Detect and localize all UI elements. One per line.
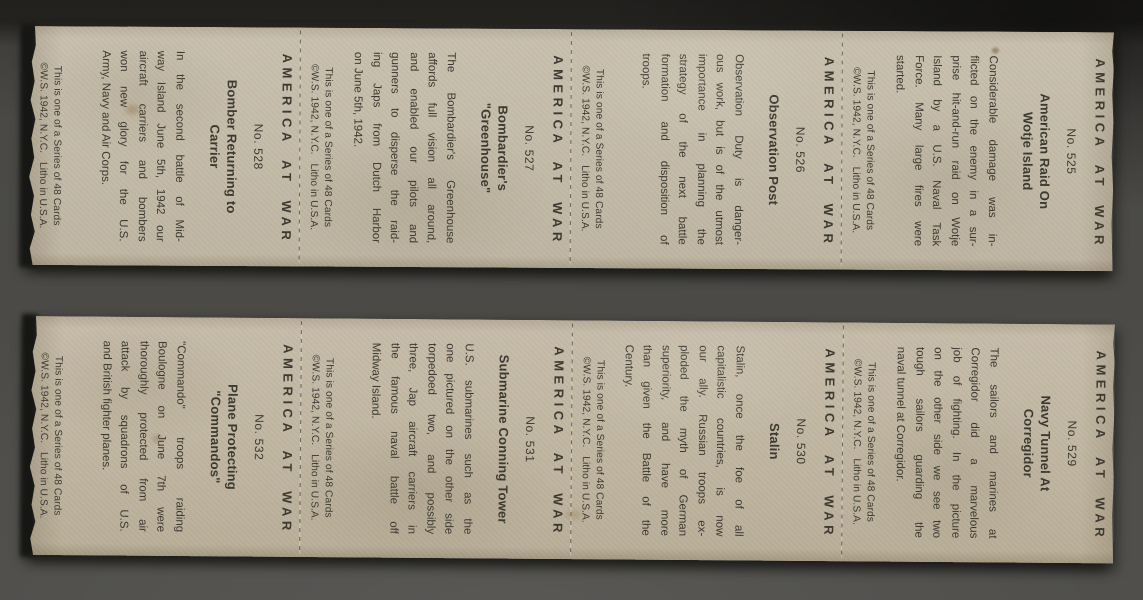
- card-strip-bottom-paper: AMERICA AT WAR No. 532 Plane Protecting"…: [29, 316, 1115, 564]
- card-number: No. 529: [1065, 324, 1079, 563]
- card-number: No. 531: [523, 320, 537, 559]
- series-note: This is one of a Series of 48 Cards: [862, 31, 877, 270]
- series-title: AMERICA AT WAR: [280, 31, 301, 266]
- card-body-text: "Commando" troops raidingBoulogne on Jun…: [96, 341, 190, 533]
- card-body-line: one pictured on the other side: [439, 343, 459, 534]
- card-rotated-content: AMERICA AT WAR No. 525 American Raid OnW…: [842, 31, 1114, 272]
- card-number: No. 528: [252, 27, 265, 266]
- card-body-line: Boulogne on June 7th were: [151, 341, 171, 532]
- series-note: This is one of a Series of 48 Cards: [49, 26, 64, 265]
- card-back-face: AMERICA AT WAR No. 529 Navy Tunnel AtCor…: [842, 322, 1115, 563]
- card-title-line: Observation Post: [765, 30, 783, 269]
- card-back-face: AMERICA AT WAR No. 532 Plane Protecting"…: [29, 316, 302, 557]
- card-title: Bomber Returning toCarrier: [206, 27, 241, 266]
- card-title-line: Plane Protecting: [223, 318, 242, 557]
- card-title: Observation Post: [765, 30, 783, 269]
- card-body-line: U.S. submarines such as the: [458, 343, 478, 534]
- card-body-line: attack by squadrons of U.S.: [114, 341, 134, 532]
- card-body-line: and British fighter planes.: [96, 341, 116, 532]
- card-title-line: Stalin: [765, 322, 784, 561]
- card-body-line: Considerable damage was in-: [982, 55, 1002, 246]
- card-number: No. 527: [523, 29, 536, 268]
- card-body-text: Considerable damage was in-flicted on th…: [890, 55, 1002, 247]
- card-body-line: In the second battle of Mid-: [169, 51, 189, 242]
- card-526: AMERICA AT WAR No. 526 Observation Post …: [571, 29, 843, 270]
- card-body-line: troops.: [636, 53, 656, 244]
- card-body-line: affords full vision all around,: [422, 52, 442, 243]
- card-body-line: strategy of the next battle: [673, 54, 693, 245]
- card-body-line: on the other side we see two: [927, 347, 947, 538]
- series-title: AMERICA AT WAR: [551, 33, 572, 268]
- card-body-line: Army, Navy and Air Corps.: [95, 50, 115, 241]
- card-title-line: Bombardier's: [494, 29, 512, 268]
- card-number: No. 526: [794, 30, 807, 269]
- card-title-line: Corregidor: [1019, 324, 1038, 563]
- card-footer: This is one of a Series of 48 Cards ©W.S…: [35, 26, 64, 265]
- card-body-line: superiority, and have more: [655, 345, 675, 536]
- card-body-line: Force. Many large fires were: [908, 55, 928, 246]
- copyright-line: ©W.S. 1942, N.Y.C. Litho in U.S.A.: [577, 320, 593, 559]
- card-footer: This is one of a Series of 48 Cards ©W.S…: [577, 320, 607, 559]
- card-body-line: naval tunnel at Corregidor.: [890, 347, 910, 538]
- copyright-line: ©W.S. 1942, N.Y.C. Litho in U.S.A.: [35, 26, 50, 265]
- card-footer: This is one of a Series of 48 Cards ©W.S…: [577, 29, 606, 268]
- card-title-line: Bomber Returning to: [223, 27, 241, 266]
- card-back-face: AMERICA AT WAR No. 526 Observation Post …: [571, 29, 843, 270]
- card-body-line: Observation Duty is danger-: [728, 54, 748, 245]
- card-footer: This is one of a Series of 48 Cards ©W.S…: [306, 318, 336, 557]
- card-body-line: Stalin, once the foe of all: [729, 345, 749, 536]
- card-title: Stalin: [765, 322, 784, 561]
- card-rotated-content: AMERICA AT WAR No. 532 Plane Protecting"…: [29, 316, 302, 557]
- copyright-line: ©W.S. 1942, N.Y.C. Litho in U.S.A.: [35, 316, 51, 555]
- copyright-line: ©W.S. 1942, N.Y.C. Litho in U.S.A.: [306, 318, 322, 557]
- card-body-text: Stalin, once the foe of allcapitalistic …: [618, 345, 749, 537]
- card-back-face: AMERICA AT WAR No. 525 American Raid OnW…: [842, 31, 1114, 272]
- card-527: AMERICA AT WAR No. 527 Bombardier's"Gree…: [300, 28, 572, 269]
- card-strip-top: AMERICA AT WAR No. 528 Bomber Returning …: [29, 26, 1114, 271]
- card-body-line: job of fighting. In the picture: [946, 347, 966, 538]
- card-body-line: capitalistic countries, is now: [710, 345, 730, 536]
- card-body-line: "Commando" troops raiding: [170, 341, 190, 532]
- card-body-line: the famous naval battle off: [384, 343, 404, 534]
- series-note: This is one of a Series of 48 Cards: [49, 316, 65, 555]
- card-title-line: Wotje Island: [1019, 32, 1037, 271]
- card-title-line: Navy Tunnel At: [1036, 324, 1055, 563]
- card-title-line: American Raid On: [1036, 32, 1054, 271]
- card-body-line: ous work, but is of the utmost: [710, 54, 730, 245]
- card-body-line: Century.: [618, 345, 638, 536]
- card-525: AMERICA AT WAR No. 525 American Raid OnW…: [842, 31, 1114, 272]
- card-title-line: Carrier: [206, 27, 224, 266]
- card-back-face: AMERICA AT WAR No. 530 Stalin Stalin, on…: [571, 320, 844, 561]
- card-531: AMERICA AT WAR No. 531 Submarine Conning…: [300, 318, 573, 559]
- card-number: No. 525: [1065, 32, 1078, 271]
- card-body-line: Island by a U.S. Naval Task: [927, 55, 947, 246]
- card-532: AMERICA AT WAR No. 532 Plane Protecting"…: [29, 316, 302, 557]
- card-footer: This is one of a Series of 48 Cards ©W.S…: [848, 322, 878, 561]
- copyright-line: ©W.S. 1942, N.Y.C. Litho in U.S.A.: [848, 322, 864, 561]
- card-body-line: importance in planning the: [691, 54, 711, 245]
- card-footer: This is one of a Series of 48 Cards ©W.S…: [848, 31, 877, 270]
- card-body-line: our ally. Russian troops ex-: [692, 345, 712, 536]
- card-body-line: on June 5th, 1942.: [348, 52, 368, 243]
- card-body-line: thoroughly protected from air: [133, 341, 153, 532]
- card-body-line: aircraft carriers and bombers: [132, 51, 152, 242]
- card-body-line: way Island June 5th, 1942 our: [151, 51, 171, 242]
- card-body-line: tough sailors guarding the: [909, 347, 929, 538]
- card-title: Submarine Conning Tower: [494, 320, 513, 559]
- copyright-line: ©W.S. 1942, N.Y.C. Litho in U.S.A.: [577, 29, 592, 268]
- card-number: No. 530: [794, 322, 808, 561]
- card-body-text: Observation Duty is danger-ous work, but…: [636, 53, 748, 245]
- card-body-line: gunners to disperse the raid-: [385, 52, 405, 243]
- series-title: AMERICA AT WAR: [1093, 328, 1115, 563]
- card-body-text: The sailors and marines atCorregidor did…: [890, 347, 1002, 539]
- card-rotated-content: AMERICA AT WAR No. 531 Submarine Conning…: [300, 318, 573, 559]
- card-body-text: In the second battle of Mid-way Island J…: [95, 50, 189, 242]
- card-title-line: "Greenhouse": [477, 29, 495, 268]
- card-body-line: won new glory for the U.S.: [114, 50, 134, 241]
- card-back-face: AMERICA AT WAR No. 531 Submarine Conning…: [300, 318, 573, 559]
- card-rotated-content: AMERICA AT WAR No. 526 Observation Post …: [571, 29, 843, 270]
- card-529: AMERICA AT WAR No. 529 Navy Tunnel AtCor…: [842, 322, 1115, 563]
- card-body-line: ing Japs from Dutch Harbor: [366, 52, 386, 243]
- card-title: American Raid OnWotje Island: [1019, 32, 1054, 271]
- card-body-line: and enabled our pilots and: [403, 52, 423, 243]
- card-rotated-content: AMERICA AT WAR No. 529 Navy Tunnel AtCor…: [842, 322, 1115, 563]
- card-body-line: ploded the myth of German: [673, 345, 693, 536]
- card-number: No. 532: [252, 318, 266, 557]
- card-rotated-content: AMERICA AT WAR No. 530 Stalin Stalin, on…: [571, 320, 844, 561]
- series-note: This is one of a Series of 48 Cards: [591, 29, 606, 268]
- card-body-line: prise hit-and-run raid on Wotje: [945, 55, 965, 246]
- card-body-line: The sailors and marines at: [983, 347, 1003, 538]
- series-note: This is one of a Series of 48 Cards: [862, 323, 878, 562]
- series-title: AMERICA AT WAR: [1093, 36, 1114, 271]
- copyright-line: ©W.S. 1942, N.Y.C. Litho in U.S.A.: [848, 31, 863, 270]
- card-footer: This is one of a Series of 48 Cards ©W.S…: [35, 316, 65, 555]
- card-footer: This is one of a Series of 48 Cards ©W.S…: [306, 28, 335, 267]
- card-back-face: AMERICA AT WAR No. 527 Bombardier's"Gree…: [300, 28, 572, 269]
- card-body-line: formation and disposition of: [654, 54, 674, 245]
- card-title-line: "Commandos": [206, 317, 225, 556]
- card-body-line: started.: [890, 55, 910, 246]
- card-body-text: U.S. submarines such as theone pictured …: [365, 343, 477, 535]
- card-rotated-content: AMERICA AT WAR No. 527 Bombardier's"Gree…: [300, 28, 572, 269]
- card-title-line: Submarine Conning Tower: [494, 320, 513, 559]
- series-note: This is one of a Series of 48 Cards: [320, 28, 335, 267]
- card-528: AMERICA AT WAR No. 528 Bomber Returning …: [29, 26, 301, 267]
- card-body-line: flicted on the enemy in a sur-: [964, 55, 984, 246]
- card-530: AMERICA AT WAR No. 530 Stalin Stalin, on…: [571, 320, 844, 561]
- card-body-line: than given the Battle of the: [636, 345, 656, 536]
- card-body-text: The Bombardier's Greenhouseaffords full …: [348, 52, 460, 244]
- card-strip-top-paper: AMERICA AT WAR No. 528 Bomber Returning …: [29, 26, 1114, 271]
- photo-scene: AMERICA AT WAR No. 528 Bomber Returning …: [0, 0, 1143, 600]
- series-note: This is one of a Series of 48 Cards: [320, 318, 336, 557]
- copyright-line: ©W.S. 1942, N.Y.C. Litho in U.S.A.: [306, 28, 321, 267]
- card-body-line: three, Jap aircraft carriers in: [402, 343, 422, 534]
- card-body-line: Corregidor did a marvelous: [964, 347, 984, 538]
- card-back-face: AMERICA AT WAR No. 528 Bomber Returning …: [29, 26, 301, 267]
- card-title: Navy Tunnel AtCorregidor: [1019, 324, 1055, 563]
- card-rotated-content: AMERICA AT WAR No. 528 Bomber Returning …: [29, 26, 301, 267]
- series-title: AMERICA AT WAR: [822, 35, 843, 270]
- card-title: Plane Protecting"Commandos": [206, 317, 242, 556]
- card-body-line: The Bombardier's Greenhouse: [440, 52, 460, 243]
- card-body-line: torpedoed two, and possibly: [421, 343, 441, 534]
- card-strip-bottom: AMERICA AT WAR No. 532 Plane Protecting"…: [29, 316, 1115, 564]
- card-title: Bombardier's"Greenhouse": [477, 29, 512, 268]
- card-body-line: Midway Island.: [365, 343, 385, 534]
- series-note: This is one of a Series of 48 Cards: [591, 320, 607, 559]
